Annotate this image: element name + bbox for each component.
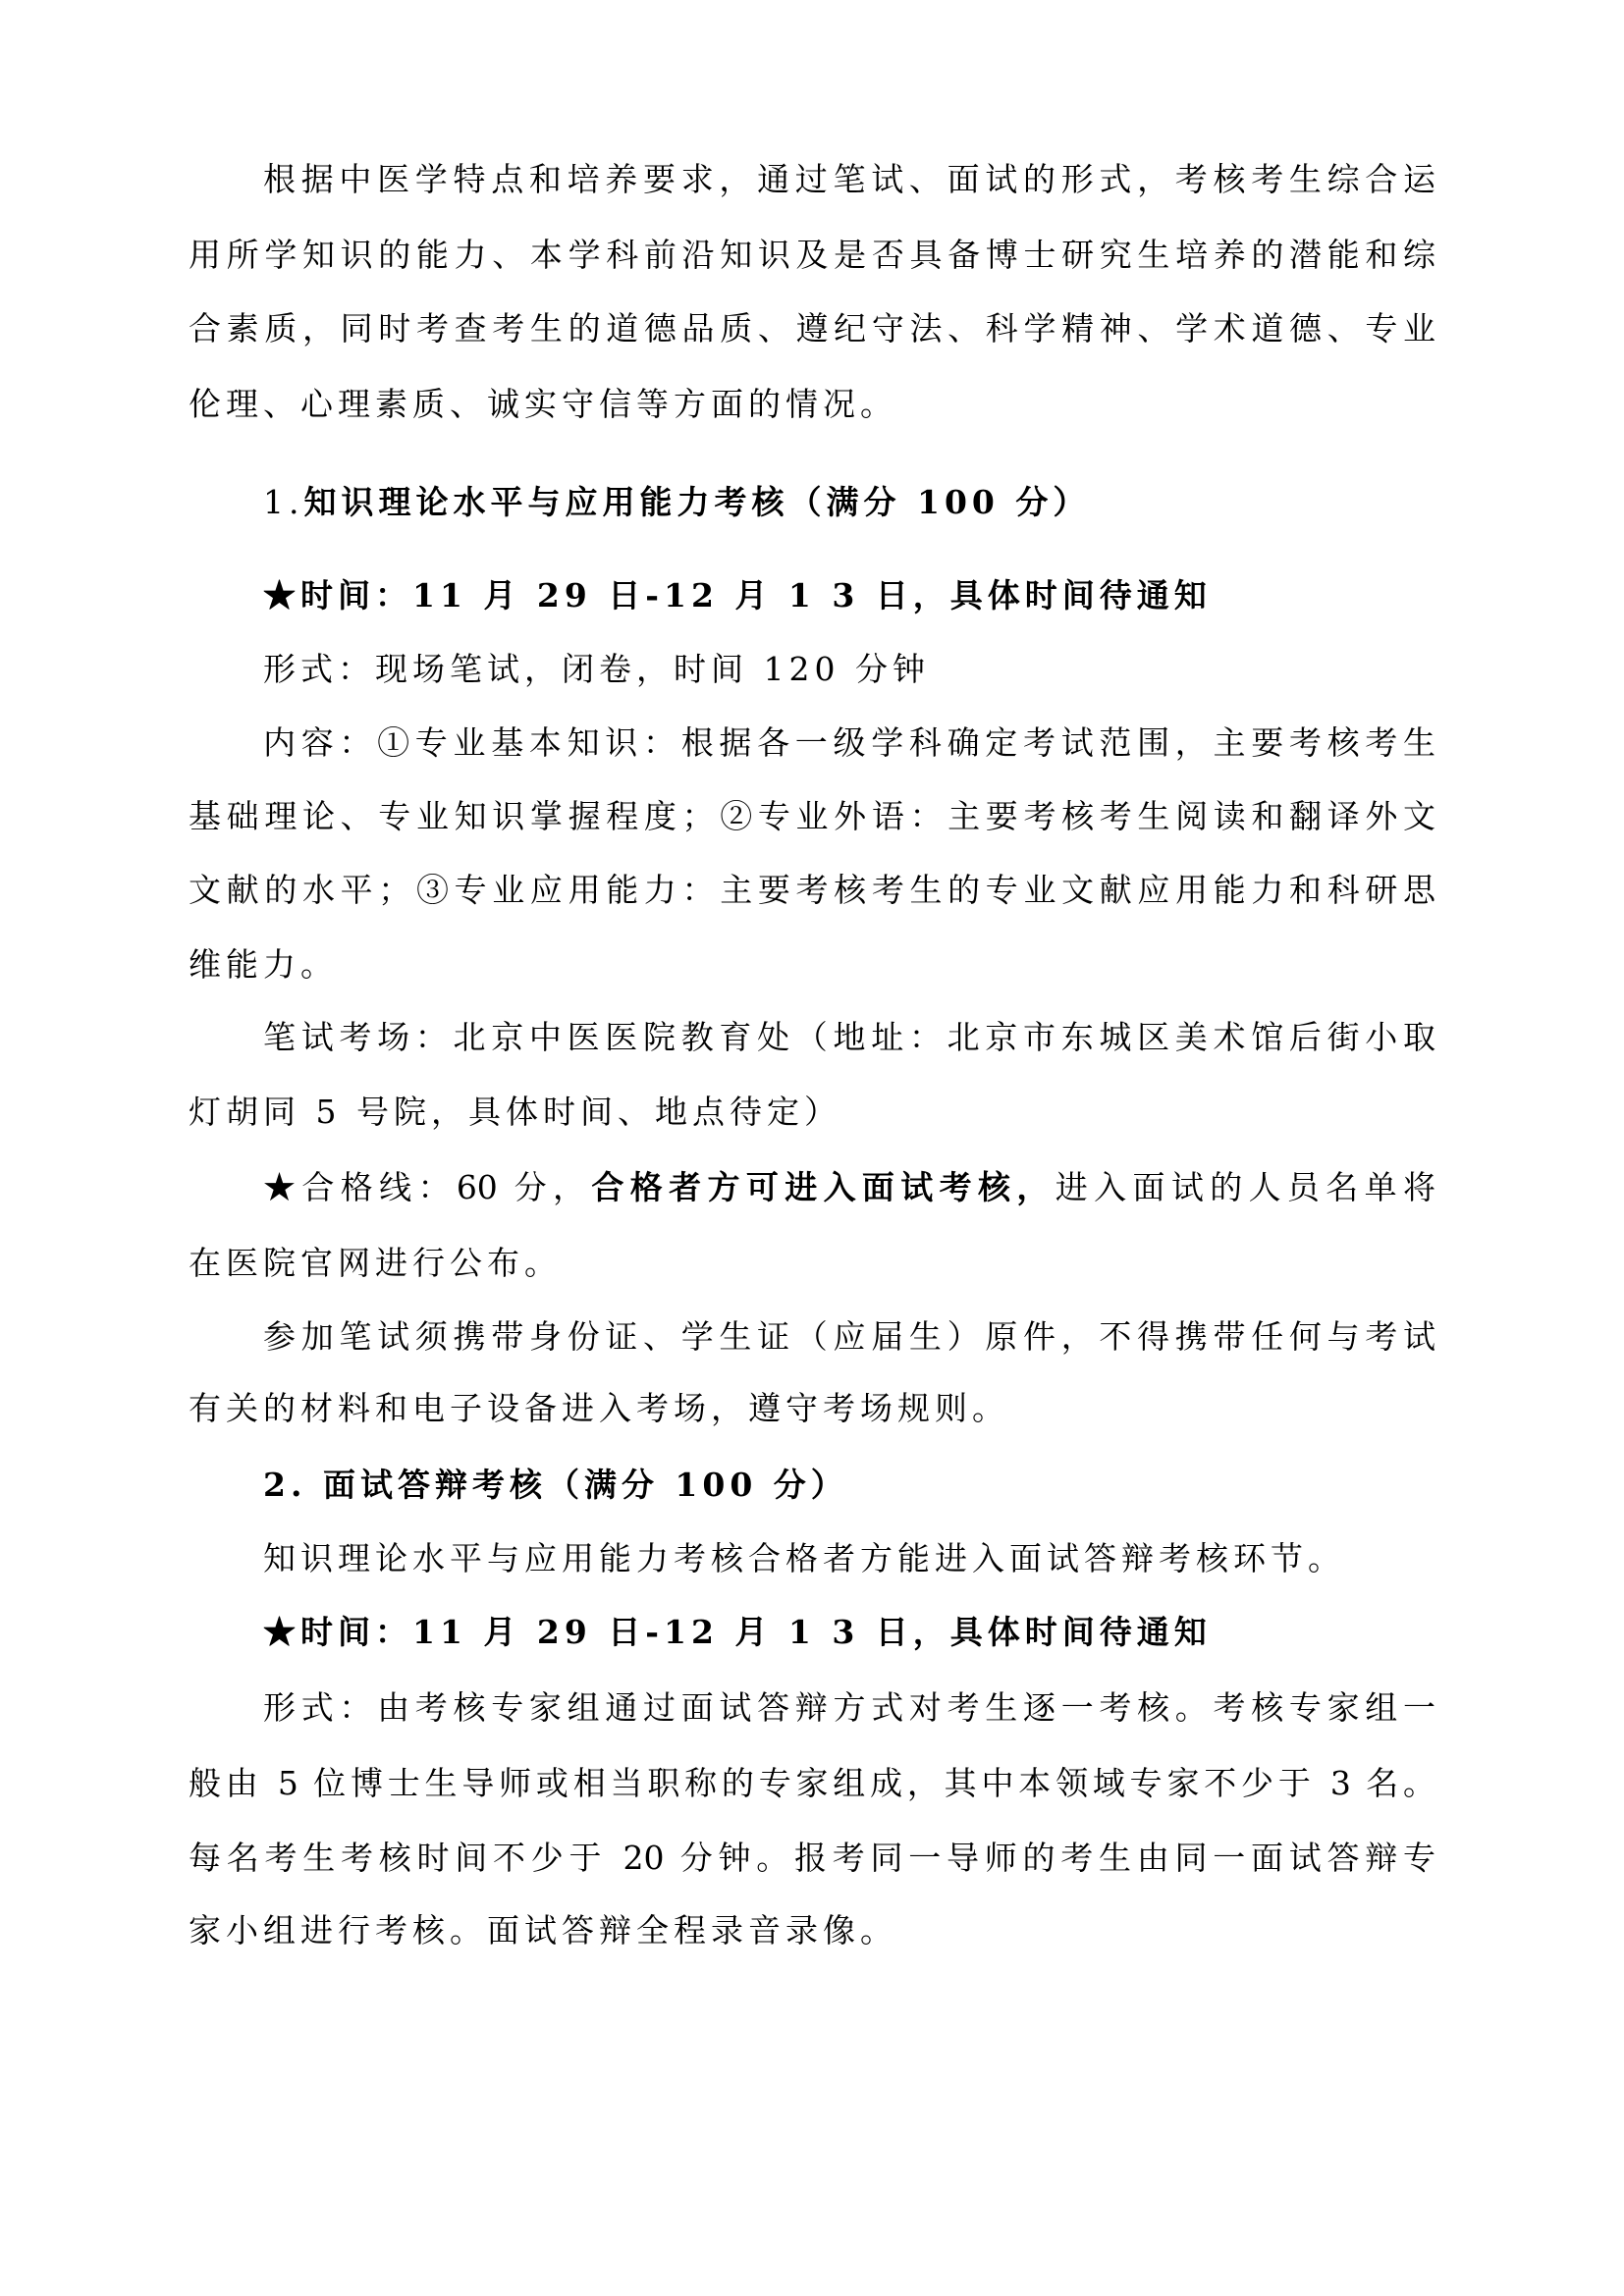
section1-content-line-2: 基础理论、专业知识掌握程度；②专业外语：主要考核考生阅读和翻译外文 bbox=[189, 792, 1435, 841]
section1-heading: 1.知识理论水平与应用能力考核（满分 100 分） bbox=[263, 478, 1435, 527]
section1-content-line-3: 文献的水平；③专业应用能力：主要考核考生的专业文献应用能力和科研思 bbox=[189, 866, 1435, 915]
passing-prefix: ★合格线：60 分， bbox=[263, 1168, 591, 1206]
intro-line-1: 根据中医学特点和培养要求，通过笔试、面试的形式，考核考生综合运 bbox=[263, 155, 1435, 204]
section1-passing-line-2: 在医院官网进行公布。 bbox=[189, 1239, 1435, 1288]
passing-suffix: 进入面试的人员名单将 bbox=[1056, 1168, 1435, 1206]
section1-rules-line-1: 参加笔试须携带身份证、学生证（应届生）原件，不得携带任何与考试 bbox=[263, 1312, 1435, 1362]
section1-venue-line-1: 笔试考场：北京中医医院教育处（地址：北京市东城区美术馆后街小取 bbox=[263, 1013, 1435, 1062]
section1-time: ★时间：11 月 29 日-12 月 1 3 日，具体时间待通知 bbox=[263, 571, 1435, 620]
section2-time: ★时间：11 月 29 日-12 月 1 3 日，具体时间待通知 bbox=[263, 1608, 1435, 1657]
intro-line-4: 伦理、心理素质、诚实守信等方面的情况。 bbox=[189, 380, 1435, 429]
intro-line-3: 合素质，同时考查考生的道德品质、遵纪守法、科学精神、学术道德、专业 bbox=[189, 304, 1435, 353]
section2-format-line-2: 般由 5 位博士生导师或相当职称的专家组成，其中本领域专家不少于 3 名。 bbox=[189, 1759, 1435, 1808]
section1-content-line-4: 维能力。 bbox=[189, 940, 1435, 989]
section2-format-line-1: 形式：由考核专家组通过面试答辩方式对考生逐一考核。考核专家组一 bbox=[263, 1683, 1435, 1733]
section1-passing-line-1: ★合格线：60 分，合格者方可进入面试考核，进入面试的人员名单将 bbox=[263, 1163, 1435, 1212]
document-page: 根据中医学特点和培养要求，通过笔试、面试的形式，考核考生综合运 用所学知识的能力… bbox=[0, 0, 1624, 2296]
section1-venue-line-2: 灯胡同 5 号院，具体时间、地点待定） bbox=[189, 1088, 1435, 1137]
section1-rules-line-2: 有关的材料和电子设备进入考场，遵守考场规则。 bbox=[189, 1384, 1435, 1433]
section2-format-line-3: 每名考生考核时间不少于 20 分钟。报考同一导师的考生由同一面试答辩专 bbox=[189, 1834, 1435, 1883]
section2-format-line-4: 家小组进行考核。面试答辩全程录音录像。 bbox=[189, 1906, 1435, 1955]
section1-heading-text: 知识理论水平与应用能力考核（满分 100 分） bbox=[304, 483, 1091, 521]
section2-heading: 2. 面试答辩考核（满分 100 分） bbox=[263, 1461, 1435, 1510]
passing-bold: 合格者方可进入面试考核， bbox=[591, 1168, 1055, 1206]
section1-content-line-1: 内容：①专业基本知识：根据各一级学科确定考试范围，主要考核考生 bbox=[263, 719, 1435, 768]
intro-line-2: 用所学知识的能力、本学科前沿知识及是否具备博士研究生培养的潜能和综 bbox=[189, 231, 1435, 280]
section2-eligibility: 知识理论水平与应用能力考核合格者方能进入面试答辩考核环节。 bbox=[263, 1534, 1435, 1583]
section1-heading-number: 1. bbox=[263, 483, 304, 521]
section1-format: 形式：现场笔试，闭卷，时间 120 分钟 bbox=[263, 645, 1435, 694]
